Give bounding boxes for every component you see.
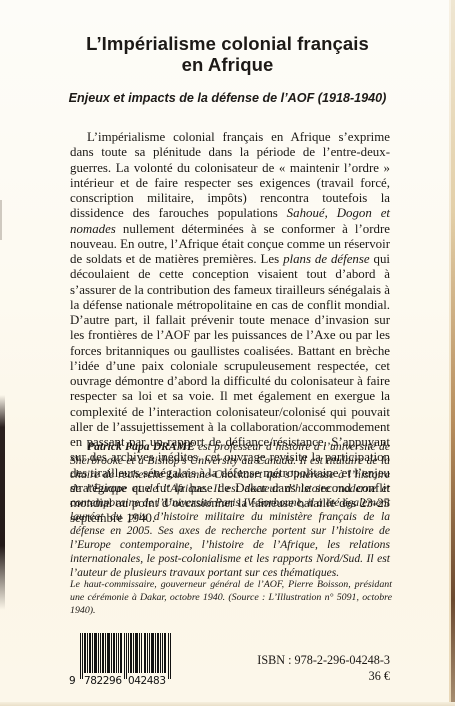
book-title: L’Impérialisme colonial français en Afri… bbox=[0, 33, 455, 75]
barcode-bars-icon: 9 782296 042483 bbox=[64, 633, 184, 685]
price: 36 € bbox=[257, 668, 390, 684]
author-bio: Patrick Papa DRAMÉ est professeur d’hist… bbox=[70, 440, 390, 580]
book-title-line-1: L’Impérialisme colonial français bbox=[0, 33, 455, 54]
summary-run-italic: plans de défense bbox=[283, 252, 370, 266]
page-edge-shadow-left bbox=[0, 395, 5, 610]
page-edge-shadow bbox=[0, 200, 2, 240]
book-subtitle: Enjeux et impacts de la défense de l’AOF… bbox=[0, 91, 455, 106]
author-name: Patrick Papa DRAMÉ bbox=[87, 440, 195, 453]
cover-image-caption: Le haut-commissaire, gouverneur général … bbox=[70, 578, 392, 617]
book-title-line-2: en Afrique bbox=[0, 54, 455, 75]
barcode-digit-first: 9 bbox=[69, 675, 76, 685]
author-bio-text: est professeur d’histoire à l’université… bbox=[70, 440, 390, 579]
author-bio-paragraph: Patrick Papa DRAMÉ est professeur d’hist… bbox=[70, 440, 390, 580]
barcode-digits-left: 782296 bbox=[84, 675, 122, 685]
barcode-digits-right: 042483 bbox=[128, 675, 166, 685]
isbn-block: ISBN : 978-2-296-04248-3 36 € bbox=[257, 652, 390, 684]
page-edge-bottom bbox=[0, 702, 455, 706]
isbn-barcode: 9 782296 042483 bbox=[64, 633, 184, 685]
isbn-label: ISBN : 978-2-296-04248-3 bbox=[257, 652, 390, 668]
